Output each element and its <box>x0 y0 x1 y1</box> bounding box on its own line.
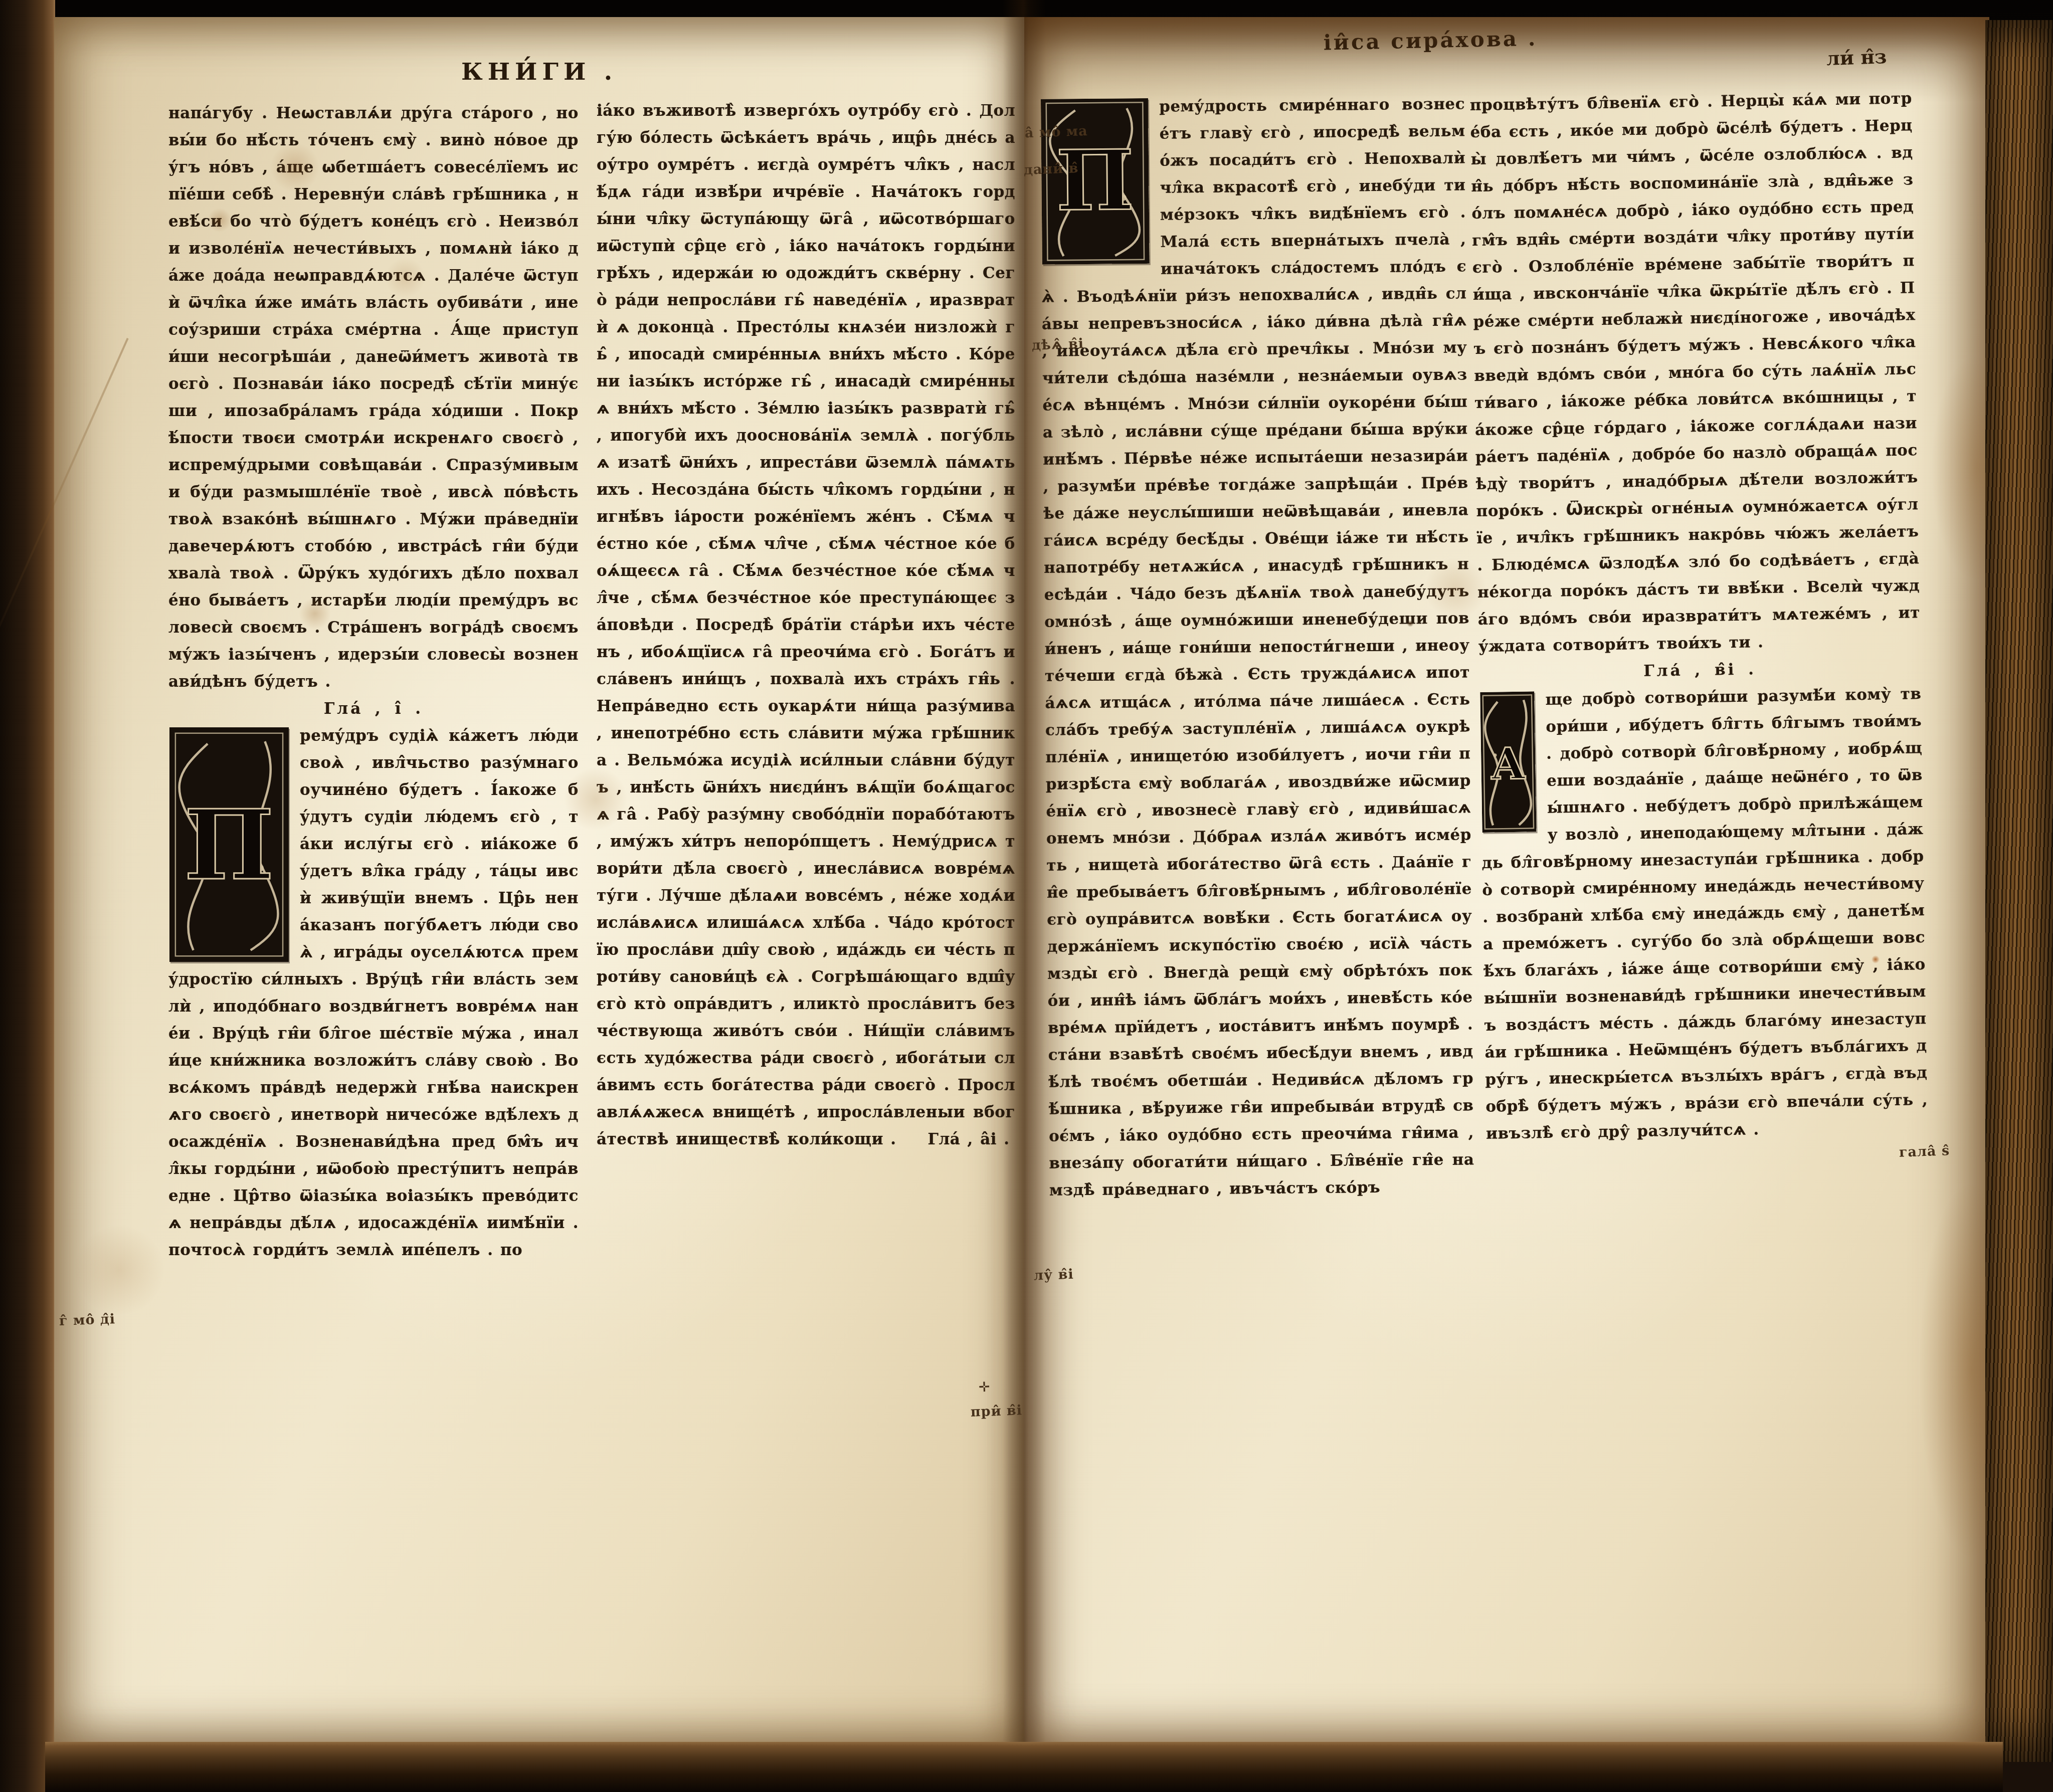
paragraph-with-initial: П рему́дръ судіѧ̀ ка́жетъ лю́ди своѧ̀ , … <box>168 722 579 1264</box>
margin-note: дани̂ в̂ <box>1023 160 1078 178</box>
margin-note: а̂ мо̂ ма <box>1024 123 1088 141</box>
page-block-bottom-edge <box>45 1742 2003 1792</box>
right-page: іи̂са сира́хова . ли́ н̂з П рему́дрость … <box>1024 17 1989 1748</box>
left-page-column-2: іа́ко въживотѣ̀ изверго́хъ оутро́бу єго̀… <box>597 97 1015 1646</box>
ornate-initial-А: А <box>1480 691 1536 833</box>
margin-note: дѣѧ̂ в̂і <box>1031 336 1084 353</box>
chapter-heading: Гла́ , і̂ . <box>168 695 579 722</box>
svg-text:П: П <box>1055 131 1135 229</box>
paragraph-with-initial: А ще добро̀ сотвори́ши разумѣ́и кому̀ тв… <box>1479 680 1928 1147</box>
book-cover-left-edge <box>0 0 55 1792</box>
margin-note: гала̂ ѕ̂ <box>1899 1143 1950 1160</box>
running-header-left: КНИ́ГИ . <box>54 58 1024 86</box>
paragraph-with-initial: П рему́дрость смире́ннаго вознесе́тъ гла… <box>1040 90 1474 1204</box>
paragraph: напа́губу . Неѡставлѧ́и дру́га ста́рого … <box>168 100 579 695</box>
ornate-initial-П: П <box>169 727 289 962</box>
margin-note: ✛ <box>978 1379 991 1396</box>
page-block-fore-edge <box>1985 20 2053 1762</box>
svg-text:А: А <box>1490 738 1526 789</box>
book-photo: КНИ́ГИ . напа́губу . Неѡставлѧ́и дру́га … <box>0 0 2053 1792</box>
ornate-initial-П: П <box>1041 98 1150 265</box>
left-page: КНИ́ГИ . напа́губу . Неѡставлѧ́и дру́га … <box>54 17 1024 1748</box>
margin-note: при̂ в̂і <box>970 1403 1022 1420</box>
svg-text:П: П <box>184 789 274 901</box>
right-page-column-1: П рему́дрость смире́ннаго вознесе́тъ гла… <box>1040 90 1478 1600</box>
left-page-column-1: напа́губу . Неѡставлѧ́и дру́га ста́рого … <box>168 100 579 1656</box>
margin-note: лу̂ в̂і <box>1033 1267 1074 1284</box>
right-page-column-2: процвѣту́тъ бл̂венїѧ єго̀ . Нерцы̀ ка́ѧ … <box>1469 85 1935 1600</box>
running-header-right: іи̂са сира́хова . <box>1235 24 1626 57</box>
folio-number: ли́ н̂з <box>1826 45 1887 70</box>
paragraph: іа́ко въживотѣ̀ изверго́хъ оутро́бу єго̀… <box>597 97 1015 1153</box>
paragraph: процвѣту́тъ бл̂венїѧ єго̀ . Нерцы̀ ка́ѧ … <box>1469 85 1921 660</box>
margin-note: г̂ мо̂ д̂і <box>59 1311 115 1329</box>
